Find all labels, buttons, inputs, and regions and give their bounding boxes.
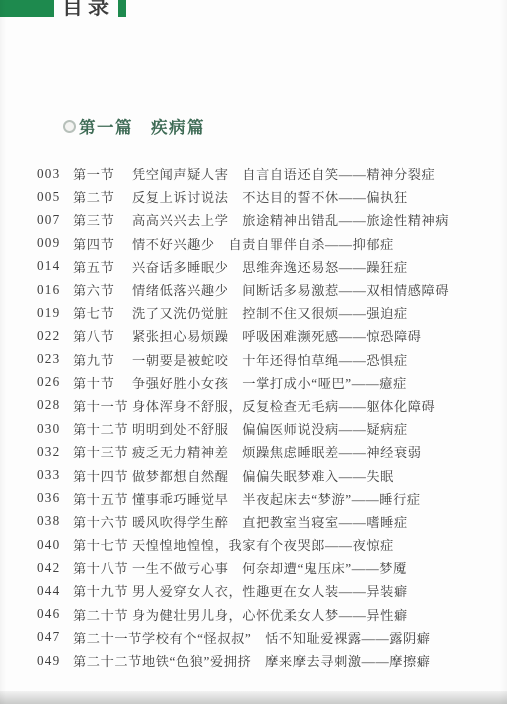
entry-title: 情不好兴趣少 自责自罪伴自杀——抑郁症: [132, 234, 394, 253]
entry-title: 身体浑身不舒服，反复检查无毛病——躯体化障碍: [132, 396, 435, 415]
entry-title: 做梦都想自然醒 偏偏失眠梦难入——失眠: [132, 466, 394, 485]
entry-title: 紧张担心易烦躁 呼吸困难濒死感——惊恐障碍: [132, 326, 422, 345]
part-header: 第一篇 疾病篇: [63, 114, 205, 138]
section-label: 第十二节: [73, 419, 132, 438]
page-number: 032: [37, 444, 62, 460]
entry-title: 情绪低落兴趣少 间断话多易激惹——双相情感障碍: [132, 280, 449, 299]
entry-title: 凭空闻声疑人害 自言自语还自笑——精神分裂症: [132, 164, 435, 183]
section-label: 第三节: [73, 210, 132, 229]
toc-row: 023 第九节 一朝要是被蛇咬 十年还得怕草绳——恐惧症: [37, 348, 493, 371]
page-number: 049: [37, 653, 62, 669]
page-number: 005: [37, 189, 62, 205]
entry-title: 天惶惶地惶惶，我家有个夜哭郎——夜惊症: [132, 535, 394, 554]
page-number: 022: [37, 328, 62, 344]
section-label: 第二节: [73, 187, 132, 206]
section-label: 第二十节: [73, 605, 132, 624]
entry-title: 洗了又洗仍觉脏 控制不住又很烦——强迫症: [132, 303, 408, 322]
page-number: 014: [37, 258, 62, 274]
scanned-page-bottom-edge: [0, 691, 507, 704]
entry-title: 一朝要是被蛇咬 十年还得怕草绳——恐惧症: [132, 350, 408, 369]
entry-title: 学校有个“怪叔叔” 恬不知耻爱裸露——露阴癖: [142, 628, 431, 647]
entry-title: 争强好胜小女孩 一掌打成小“哑巴”——癔症: [132, 373, 407, 392]
toc-row: 030 第十二节 明明到处不舒服 偏偏医师说没病——疑病症: [37, 417, 493, 440]
toc-row: 014 第五节 兴奋话多睡眠少 思维奔逸还易怒——躁狂症: [37, 255, 493, 278]
toc-row: 033 第十四节 做梦都想自然醒 偏偏失眠梦难入——失眠: [37, 463, 493, 486]
part-label: 第一篇: [79, 114, 133, 138]
part-title: 疾病篇: [151, 114, 205, 138]
toc-row: 003 第一节 凭空闻声疑人害 自言自语还自笑——精神分裂症: [37, 162, 493, 185]
toc-row: 005 第二节 反复上诉讨说法 不达目的誓不休——偏执狂: [37, 185, 493, 208]
toc-row: 026 第十节 争强好胜小女孩 一掌打成小“哑巴”——癔症: [37, 371, 493, 394]
section-label: 第十七节: [73, 535, 132, 554]
toc-row: 049 第二十二节 地铁“色狼”爱拥挤 摩来摩去寻刺激——摩擦癖: [37, 649, 493, 672]
toc-row: 047 第二十一节 学校有个“怪叔叔” 恬不知耻爱裸露——露阴癖: [37, 626, 493, 649]
entry-title: 懂事乖巧睡觉早 半夜起床去“梦游”——睡行症: [132, 489, 421, 508]
toc-row: 046 第二十节 身为健壮男儿身，心怀优柔女人梦——异性癖: [37, 603, 493, 626]
page-number: 009: [37, 235, 62, 251]
section-label: 第十六节: [73, 512, 132, 531]
section-label: 第二十一节: [73, 628, 142, 647]
section-label: 第四节: [73, 234, 132, 253]
section-label: 第七节: [73, 303, 132, 322]
page-number: 042: [37, 560, 62, 576]
section-label: 第十节: [73, 373, 132, 392]
toc-row: 028 第十一节 身体浑身不舒服，反复检查无毛病——躯体化障碍: [37, 394, 493, 417]
toc-row: 036 第十五节 懂事乖巧睡觉早 半夜起床去“梦游”——睡行症: [37, 487, 493, 510]
toc-row: 044 第十九节 男人爱穿女人衣，性趣更在女人装——异装癖: [37, 579, 493, 602]
page-number: 038: [37, 513, 62, 529]
page-number: 007: [37, 212, 62, 228]
section-label: 第十八节: [73, 558, 132, 577]
entry-title: 兴奋话多睡眠少 思维奔逸还易怒——躁狂症: [132, 257, 408, 276]
toc-row: 032 第十三节 疲乏无力精神差 烦躁焦虑睡眠差——神经衰弱: [37, 440, 493, 463]
page-number: 019: [37, 305, 62, 321]
section-label: 第十三节: [73, 442, 132, 461]
page-number: 023: [37, 351, 62, 367]
toc-row: 016 第六节 情绪低落兴趣少 间断话多易激惹——双相情感障碍: [37, 278, 493, 301]
section-label: 第五节: [73, 257, 132, 276]
toc-row: 022 第八节 紧张担心易烦躁 呼吸困难濒死感——惊恐障碍: [37, 324, 493, 347]
page-number: 028: [37, 397, 62, 413]
page-number: 033: [37, 467, 62, 483]
section-label: 第十九节: [73, 581, 132, 600]
entry-title: 男人爱穿女人衣，性趣更在女人装——异装癖: [132, 581, 408, 600]
section-label: 第十一节: [73, 396, 132, 415]
toc-row: 009 第四节 情不好兴趣少 自责自罪伴自杀——抑郁症: [37, 232, 493, 255]
page-number: 047: [37, 629, 62, 645]
ring-bullet-icon: [63, 120, 76, 133]
entry-title: 地铁“色狼”爱拥挤 摩来摩去寻刺激——摩擦癖: [142, 651, 431, 670]
green-accent-tick: [118, 0, 126, 17]
page-title: 目录: [62, 0, 114, 18]
toc-row: 042 第十八节 一生不做亏心事 何奈却遭“鬼压床”——梦魇: [37, 556, 493, 579]
page-number: 026: [37, 374, 62, 390]
toc-row: 040 第十七节 天惶惶地惶惶，我家有个夜哭郎——夜惊症: [37, 533, 493, 556]
section-label: 第六节: [73, 280, 132, 299]
entry-title: 反复上诉讨说法 不达目的誓不休——偏执狂: [132, 187, 408, 206]
entry-title: 身为健壮男儿身，心怀优柔女人梦——异性癖: [132, 605, 408, 624]
entry-title: 高高兴兴去上学 旅途精神出错乱——旅途性精神病: [132, 210, 449, 229]
section-label: 第八节: [73, 326, 132, 345]
entry-title: 疲乏无力精神差 烦躁焦虑睡眠差——神经衰弱: [132, 442, 422, 461]
toc-row: 019 第七节 洗了又洗仍觉脏 控制不住又很烦——强迫症: [37, 301, 493, 324]
page-number: 044: [37, 583, 62, 599]
toc-header-bar: 目录: [0, 0, 126, 18]
section-label: 第二十二节: [73, 651, 142, 670]
page-number: 040: [37, 537, 62, 553]
section-label: 第一节: [73, 164, 132, 183]
section-label: 第九节: [73, 350, 132, 369]
toc-list: 003 第一节 凭空闻声疑人害 自言自语还自笑——精神分裂症 005 第二节 反…: [37, 162, 493, 672]
section-label: 第十五节: [73, 489, 132, 508]
section-label: 第十四节: [73, 466, 132, 485]
page-number: 046: [37, 606, 62, 622]
entry-title: 一生不做亏心事 何奈却遭“鬼压床”——梦魇: [132, 558, 407, 577]
page-number: 016: [37, 282, 62, 298]
page-number: 036: [37, 490, 62, 506]
entry-title: 明明到处不舒服 偏偏医师说没病——疑病症: [132, 419, 408, 438]
page-number: 030: [37, 421, 62, 437]
toc-row: 007 第三节 高高兴兴去上学 旅途精神出错乱——旅途性精神病: [37, 208, 493, 231]
page-number: 003: [37, 166, 62, 182]
entry-title: 暖风吹得学生醉 直把教室当寝室——嗜睡症: [132, 512, 408, 531]
toc-row: 038 第十六节 暖风吹得学生醉 直把教室当寝室——嗜睡症: [37, 510, 493, 533]
green-accent-block: [0, 0, 54, 17]
